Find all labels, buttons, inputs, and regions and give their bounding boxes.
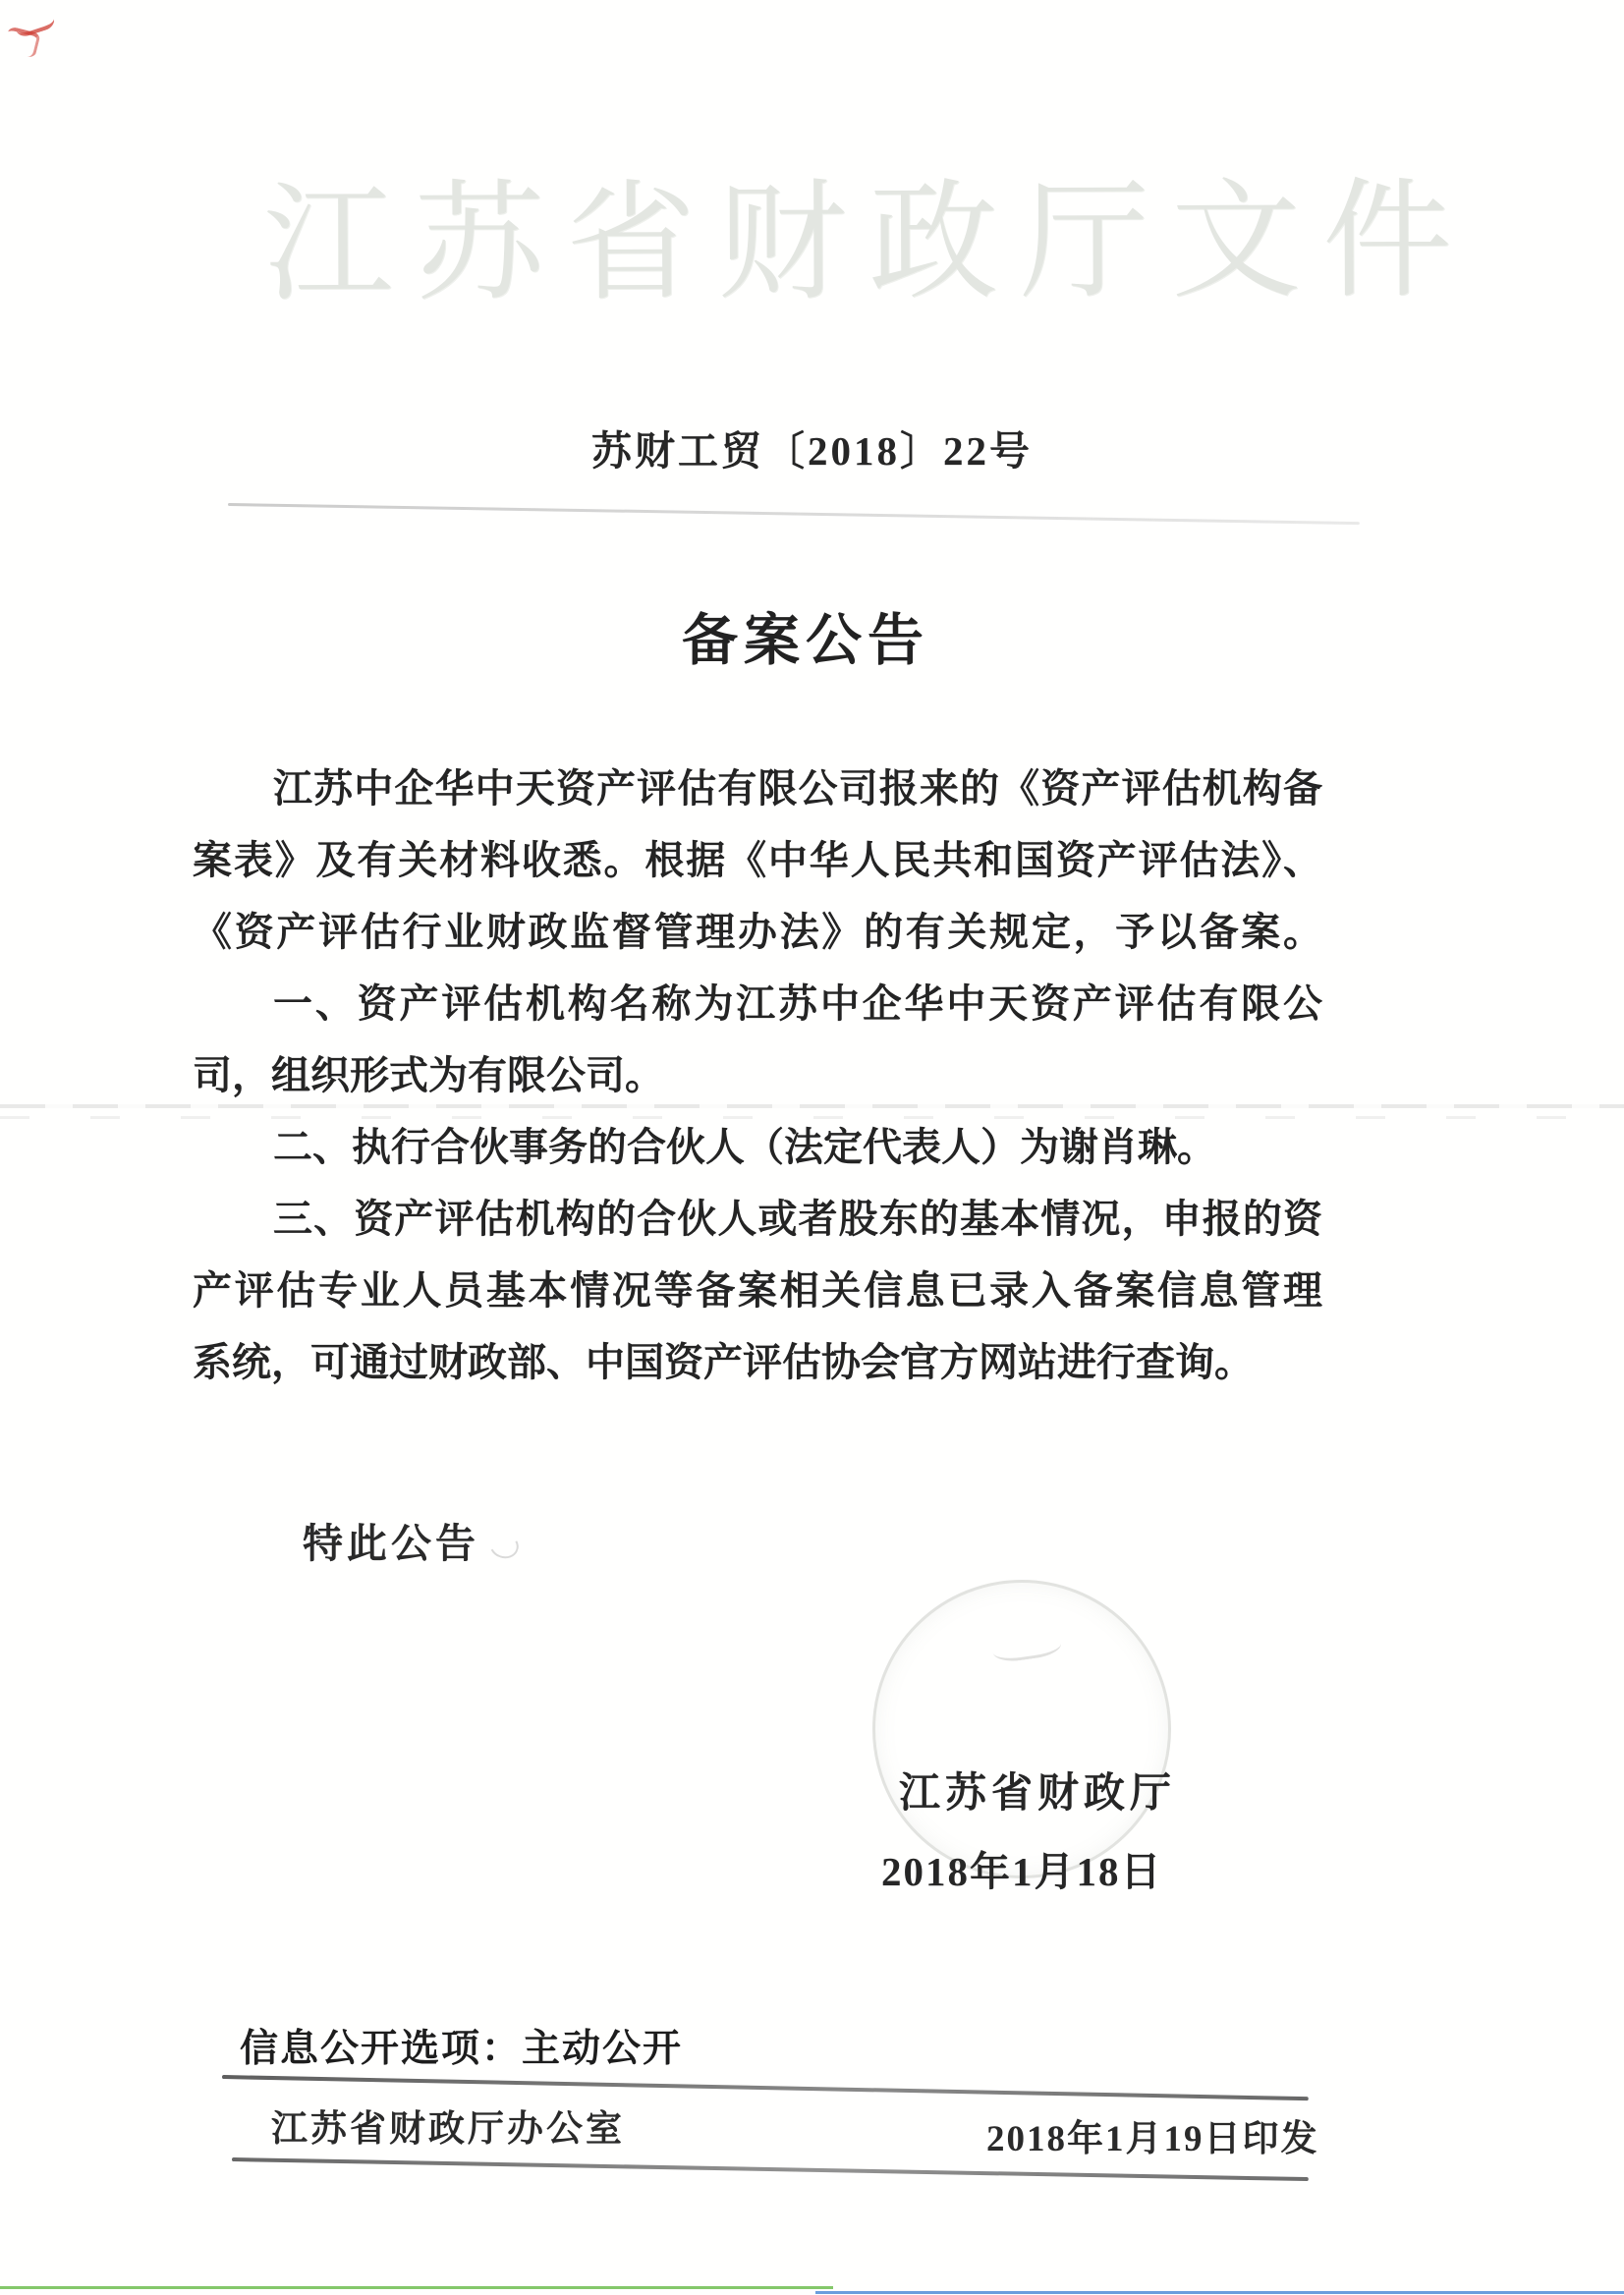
scanner-edge-line-blue <box>815 2291 1624 2294</box>
closing-text: 特此公告 <box>303 1511 479 1569</box>
body-paragraph-2: 一、资产评估机构名称为江苏中企华中天资产评估有限公 司，组织形式为有限公司。 <box>193 968 1322 1111</box>
scan-smudge <box>485 1529 522 1563</box>
official-seal <box>872 1580 1171 1878</box>
footer-issuing-office: 江苏省财政厅办公室 <box>271 2099 625 2152</box>
document-number: 苏财工贸〔2018〕22号 <box>0 419 1624 476</box>
body-line: 江苏中企华中天资产评估有限公司报来的《资产评估机构备 <box>193 753 1322 824</box>
body-line: 一、资产评估机构名称为江苏中企华中天资产评估有限公 <box>193 968 1322 1039</box>
scan-artifact-band <box>0 1104 1624 1122</box>
scanned-document-page: 江苏省财政厅文件 苏财工贸〔2018〕22号 备案公告 江苏中企华中天资产评估有… <box>0 0 1624 2295</box>
signature-organization: 江苏省财政厅 <box>899 1761 1176 1819</box>
scanner-edge-line-green <box>0 2286 833 2289</box>
body-line: 系统，可通过财政部、中国资产评估协会官方网站进行查询。 <box>193 1326 1322 1398</box>
body-line: 产评估专业人员基本情况等备案相关信息已录入备案信息管理 <box>193 1255 1322 1326</box>
header-divider <box>228 503 1360 525</box>
body-paragraph-1: 江苏中企华中天资产评估有限公司报来的《资产评估机构备 案表》及有关材料收悉。根据… <box>193 753 1322 968</box>
letterhead-watermark: 江苏省财政厅文件 <box>263 143 1414 344</box>
body-line: 三、资产评估机构的合伙人或者股东的基本情况，申报的资 <box>193 1183 1322 1255</box>
body-line: 《资产评估行业财政监督管理办法》的有关规定，予以备案。 <box>193 896 1322 968</box>
body-paragraph-4: 三、资产评估机构的合伙人或者股东的基本情况，申报的资 产评估专业人员基本情况等备… <box>193 1183 1322 1398</box>
body-line: 司，组织形式为有限公司。 <box>193 1039 1322 1111</box>
footer-print-date: 2018年1月19日印发 <box>986 2108 1319 2161</box>
disclosure-option-label: 信息公开选项：主动公开 <box>240 2018 683 2073</box>
page-title: 备案公告 <box>0 595 1611 676</box>
signature-date: 2018年1月18日 <box>881 1839 1163 1897</box>
document-body: 江苏中企华中天资产评估有限公司报来的《资产评估机构备 案表》及有关材料收悉。根据… <box>193 753 1322 1398</box>
footer-divider-top <box>222 2075 1309 2100</box>
body-line: 案表》及有关材料收悉。根据《中华人民共和国资产评估法》、 <box>193 824 1322 896</box>
